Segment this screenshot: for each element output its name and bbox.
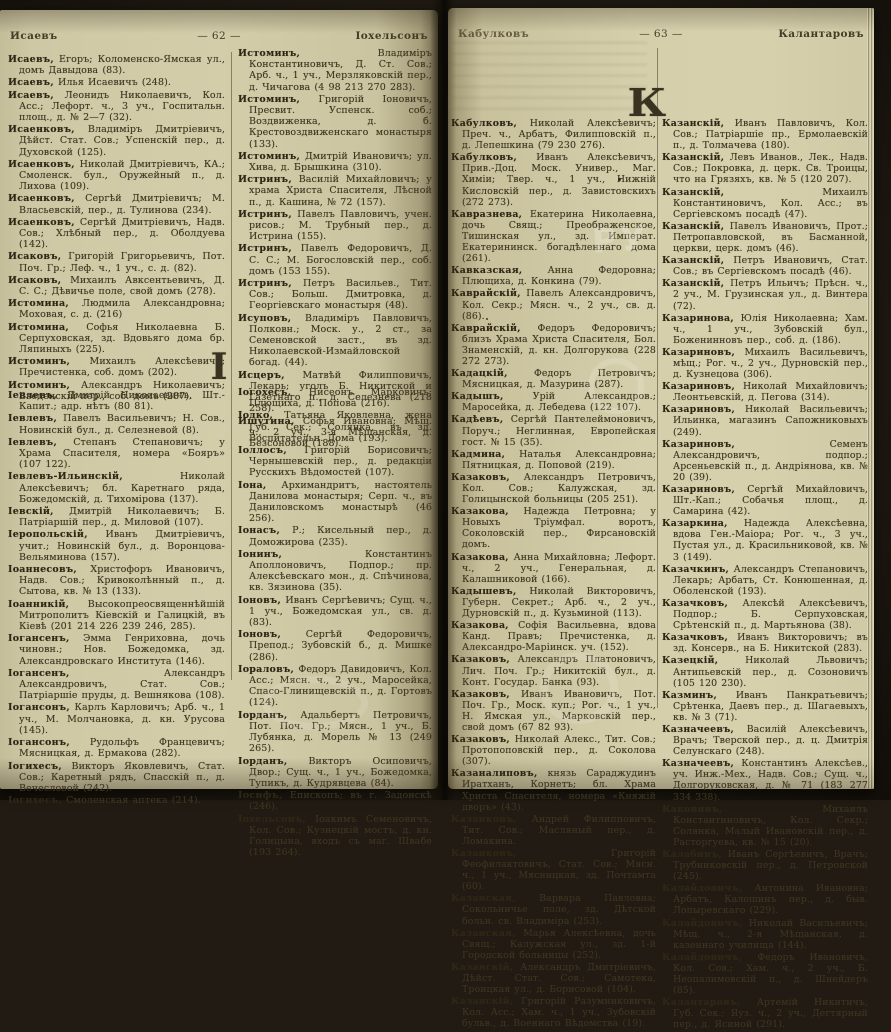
directory-entry: Казецкій, Николай Львовичъ; Антипьевскій…	[662, 655, 868, 688]
entry-surname: Іеропольскій,	[8, 529, 88, 540]
entry-surname: Іонасъ,	[238, 525, 280, 536]
entry-surname: Іогохесъ,	[238, 387, 291, 398]
entry-surname: Кабулковъ,	[451, 152, 517, 163]
entry-surname: Истринъ,	[238, 209, 292, 220]
entry-surname: Казанскій,	[662, 278, 724, 289]
directory-entry: Истринъ, Петръ Васильев., Тит. Сов.; Бол…	[238, 278, 432, 312]
entry-surname: Іогихесъ,	[8, 795, 62, 800]
directory-entry: Казаковъ, Александръ Петровичъ, Кол. Сов…	[451, 472, 656, 505]
directory-entry: Іонасъ, Р.; Кисельный пер., д. Доможиров…	[238, 525, 432, 547]
directory-entry: Истоминъ, Григорій Іоновичъ, Пресвит. Ус…	[238, 94, 432, 150]
entry-surname: Іевлевъ,	[8, 413, 57, 424]
directory-entry: Исаевъ, Леонидъ Николаевичъ, Кол. Асс.; …	[8, 90, 225, 124]
entry-surname: Исаевъ,	[8, 77, 54, 88]
left-page-running-head: Исаевъ — 62 — Іохельсонъ	[10, 30, 428, 44]
entry-surname: Исаковъ,	[8, 251, 61, 262]
entry-surname: Іоновъ,	[238, 629, 281, 640]
entry-surname: Казакова,	[451, 506, 509, 517]
entry-surname: Кадацкій,	[451, 368, 508, 379]
directory-entry: Каврайскій, Федоръ Федоровичъ; близъ Хра…	[451, 323, 656, 367]
directory-entry: Казариновъ, Николай Михайловичъ; Леонтье…	[662, 381, 868, 403]
directory-entry: Казанскій, Иванъ Павловичъ, Кол. Сов.; П…	[662, 118, 868, 151]
paper-speck	[486, 318, 488, 320]
entry-surname: Казанскій,	[662, 221, 724, 232]
directory-entry: Іосифъ, Епископъ; въ г. Задонскѣ (246).	[238, 790, 432, 800]
left-page: Исаевъ — 62 — Іохельсонъ Исаевъ, Егоръ; …	[0, 10, 438, 789]
entry-surname: Іоллосъ,	[238, 445, 287, 456]
entry-surname: Іогансенъ,	[8, 668, 70, 679]
directory-entry: Исаенковъ, Владиміръ Дмитріевичъ, Дѣйст.…	[8, 124, 225, 158]
entry-surname: Исаевъ,	[8, 90, 54, 101]
entry-surname: Истоминъ,	[238, 48, 300, 59]
directory-entry: Исаенковъ, Николай Дмитріевичъ, КА.; Смо…	[8, 159, 225, 193]
entry-surname: Кадѣевъ,	[451, 414, 503, 425]
entry-surname: Кавразнева,	[451, 209, 522, 220]
entry-surname: Истринъ,	[238, 243, 292, 254]
entry-details: Татьяна Яковлевна, жена Губ. Сек.; Солян…	[249, 410, 432, 443]
running-head-last-entry: Калантаровъ	[778, 28, 864, 40]
entry-surname: Казаковъ,	[451, 654, 510, 665]
directory-entry: Іогансонъ, Рудольфъ Францевичъ; Мясницка…	[8, 737, 225, 759]
directory-entry: Іогансенъ, Эмма Генриховна, дочь чиновн.…	[8, 633, 225, 667]
directory-entry: Казанскій, Павелъ Ивановичъ, Прот.; Петр…	[662, 221, 868, 254]
entry-surname: Исаевъ,	[8, 54, 54, 65]
directory-entry: Іевлевъ, Павелъ Васильевичъ; Н. Сов., Но…	[8, 413, 225, 435]
directory-entry: Казаналиповъ, князь Сараджудинъ Иратханъ…	[451, 768, 656, 800]
entry-surname: Казанскій,	[662, 187, 724, 198]
entry-surname: Іосифъ,	[238, 790, 283, 800]
entry-surname: Истомина,	[8, 322, 69, 333]
entry-surname: Іорданъ,	[238, 756, 287, 767]
directory-entry: Казначеевъ, Константинъ Алексѣев., уч. И…	[662, 758, 868, 800]
left-page-col1-section-io: Іевлевъ, Дмитрій Николаевичъ, Шт.-Капит.…	[8, 390, 225, 800]
entry-surname: Казариновъ,	[662, 484, 735, 495]
entry-surname: Казанскій,	[662, 118, 724, 129]
right-page: Кабулковъ — 63 — Калантаровъ К Кабулковъ…	[448, 8, 874, 789]
entry-surname: Іоновъ,	[238, 595, 281, 606]
entry-surname: Казариновъ,	[662, 404, 735, 415]
entry-surname: Іевлевъ,	[8, 437, 57, 448]
directory-entry: Истоминъ, Владиміръ Константиновичъ, Д. …	[238, 48, 432, 93]
directory-entry: Исаковъ, Григорій Григорьевичъ, Пот. Поч…	[8, 251, 225, 273]
entry-surname: Исаенковъ,	[8, 217, 75, 228]
entry-surname: Казачковъ,	[662, 598, 728, 609]
directory-entry: Іодко, Татьяна Яковлевна, жена Губ. Сек.…	[238, 410, 432, 444]
entry-surname: Казаринова,	[662, 313, 734, 324]
directory-entry: Казаркина, Надежда Алексѣевна, вдова Ген…	[662, 518, 868, 562]
entry-surname: Кадышъ,	[451, 391, 504, 402]
paper-speck	[618, 178, 621, 181]
directory-entry: Казариновъ, Сергѣй Михайловичъ, Шт.-Кап.…	[662, 484, 868, 517]
directory-entry: Исаковъ, Михаилъ Авксентьевичъ, Д. С. С.…	[8, 275, 225, 297]
entry-surname: Истоминъ,	[238, 94, 300, 105]
directory-entry: Казариновъ, Михаилъ Васильевичъ, мѣщ.; Р…	[662, 347, 868, 380]
directory-entry: Казаринова, Юлія Николаевна; Хам. ч., 1 …	[662, 313, 868, 346]
directory-entry: Истомина, Людмила Александровна; Моховая…	[8, 298, 225, 320]
book-photo: Исаевъ — 62 — Іохельсонъ Исаевъ, Егоръ; …	[0, 0, 891, 800]
directory-entry: Іоллосъ, Григорій Борисовичъ; Чернышевск…	[238, 445, 432, 479]
column-rule	[657, 48, 658, 708]
directory-entry: Казакова, Надежда Петровна; у Новыхъ Трі…	[451, 506, 656, 550]
entry-surname: Іодко,	[238, 410, 273, 421]
entry-surname: Казаналиповъ,	[451, 768, 538, 779]
entry-surname: Казариновъ,	[662, 381, 735, 392]
directory-entry: Іона, Архимандритъ, настоятель Данилова …	[238, 480, 432, 525]
directory-entry: Казанскій, Петръ Ивановичъ, Стат. Сов.; …	[662, 255, 868, 277]
entry-details: Смоленская аптека (214).	[66, 795, 201, 800]
right-page-col1-section-k: Кабулковъ, Николай Алексѣевичъ; Преч. ч.…	[451, 118, 656, 800]
entry-surname: Казачкинъ,	[662, 564, 729, 575]
entry-surname: Истомина,	[8, 298, 69, 309]
entry-surname: Кавказская,	[451, 265, 522, 276]
running-head-last-entry: Іохельсонъ	[355, 30, 428, 42]
entry-surname: Казакова,	[451, 552, 509, 563]
directory-entry: Истоминъ, Дмитрій Ивановичъ; ул. Хива, д…	[238, 151, 432, 173]
entry-surname: Казаковъ,	[451, 734, 510, 745]
directory-entry: Іогихесъ, Викторъ Яковлевичъ, Стат. Сов.…	[8, 761, 225, 795]
entry-surname: Іогихесъ,	[8, 761, 62, 772]
entry-surname: Іогансонъ,	[8, 702, 70, 713]
entry-surname: Іевлевъ-Ильинскій,	[8, 471, 123, 482]
entry-surname: Іона,	[238, 480, 266, 491]
directory-entry: Кадацкій, Федоръ Петровичъ; Мясницкая, д…	[451, 368, 656, 390]
directory-entry: Іевлевъ, Дмитрій Николаевичъ, Шт.-Капит.…	[8, 390, 225, 412]
entry-surname: Казакова,	[451, 620, 509, 631]
directory-entry: Казаковъ, Николай Алекс., Тит. Сов.; Про…	[451, 734, 656, 767]
entry-surname: Іоаннесовъ,	[8, 564, 77, 575]
entry-surname: Казариновъ,	[662, 439, 735, 450]
directory-entry: Іорданъ, Адальбертъ Петровичъ, Пот. Поч.…	[238, 710, 432, 755]
entry-surname: Казначеевъ,	[662, 724, 734, 735]
directory-entry: Іевскій, Дмитрій Николаевичъ; Б. Патріар…	[8, 506, 225, 528]
entry-surname: Кадмина,	[451, 449, 505, 460]
directory-entry: Казакова, Софія Васильевна, вдова Канд. …	[451, 620, 656, 653]
directory-entry: Іогансенъ, Александръ Александровичъ, Ст…	[8, 668, 225, 702]
directory-entry: Іонинъ, Константинъ Аполлоновичъ, Подпор…	[238, 549, 432, 594]
directory-entry: Казанскій, Михаилъ Константиновичъ, Кол.…	[662, 187, 868, 220]
directory-entry: Кавразнева, Екатерина Николаевна, дочь С…	[451, 209, 656, 264]
entry-surname: Каврайскій,	[451, 288, 521, 299]
entry-surname: Іораловъ,	[238, 664, 294, 675]
entry-surname: Іогансонъ,	[8, 737, 70, 748]
entry-surname: Исаковъ,	[8, 275, 61, 286]
directory-entry: Іогохесъ, Нисеонъ Марковичъ; Плющиха, д.…	[238, 387, 432, 409]
entry-surname: Казанскій,	[662, 255, 724, 266]
entry-surname: Казанскій,	[662, 152, 724, 163]
directory-entry: Казариновъ, Семенъ Александровичъ, подпо…	[662, 439, 868, 483]
right-page-col2-section-k: Казанскій, Иванъ Павловичъ, Кол. Сов.; П…	[662, 118, 868, 800]
directory-entry: Іевлевъ-Ильинскій, Николай Алексѣевичъ; …	[8, 471, 225, 505]
entry-surname: Іоанникій,	[8, 599, 69, 610]
directory-entry: Исаенковъ, Сергѣй Дмитріевичъ, Надв. Сов…	[8, 217, 225, 251]
entry-surname: Казецкій,	[662, 655, 718, 666]
entry-surname: Исаенковъ,	[8, 159, 75, 170]
directory-entry: Истринъ, Павелъ Федоровичъ, Д. С. С.; М.…	[238, 243, 432, 277]
directory-entry: Казанскій, Петръ Ильичъ; Прѣсн. ч., 2 уч…	[662, 278, 868, 311]
entry-surname: Казаковъ,	[451, 472, 510, 483]
directory-entry: Іорданъ, Викторъ Осиповичъ, Двор.; Сущ. …	[238, 756, 432, 790]
right-page-running-head: Кабулковъ — 63 — Калантаровъ	[458, 28, 864, 42]
entry-surname: Казначеевъ,	[662, 758, 734, 769]
section-divider-letter-i: І	[0, 346, 438, 388]
directory-entry: Іоаннесовъ, Христофоръ Ивановичъ, Надв. …	[8, 564, 225, 598]
entry-surname: Каврайскій,	[451, 323, 521, 334]
directory-entry: Казачкинъ, Александръ Степановичъ, Лекар…	[662, 564, 868, 597]
entry-surname: Казачковъ,	[662, 632, 728, 643]
entry-surname: Истоминъ,	[238, 151, 300, 162]
entry-surname: Кабулковъ,	[451, 118, 517, 129]
directory-entry: Іогихесъ, Смоленская аптека (214).	[8, 795, 225, 800]
directory-entry: Казаковъ, Иванъ Ивановичъ, Пот. Поч. Гр.…	[451, 689, 656, 733]
directory-entry: Казанскій, Левъ Иванов., Лек., Надв. Сов…	[662, 152, 868, 185]
directory-entry: Іогансонъ, Карлъ Карловичъ; Арб. ч., 1 у…	[8, 702, 225, 736]
directory-entry: Іеропольскій, Иванъ Дмитріевичъ, учит.; …	[8, 529, 225, 563]
directory-entry: Кабулковъ, Николай Алексѣевичъ; Преч. ч.…	[451, 118, 656, 151]
entry-surname: Кадышевъ,	[451, 586, 517, 597]
directory-entry: Іоновъ, Иванъ Сергѣевичъ; Сущ. ч., 1 уч.…	[238, 595, 432, 629]
entry-surname: Исаенковъ,	[8, 124, 75, 135]
directory-entry: Истринъ, Павелъ Павловичъ, учен. рисов.;…	[238, 209, 432, 243]
directory-entry: Казачковъ, Иванъ Викторовичъ; въ зд. Кон…	[662, 632, 868, 654]
directory-entry: Казминъ, Иванъ Панкратьевичъ; Срѣтенка, …	[662, 690, 868, 723]
directory-entry: Кабулковъ, Иванъ Алексѣевичъ, Прив.-Доц.…	[451, 152, 656, 207]
entry-surname: Казминъ,	[662, 690, 717, 701]
entry-surname: Іогансенъ,	[8, 633, 70, 644]
entry-surname: Іонинъ,	[238, 549, 282, 560]
directory-entry: Іоновъ, Сергѣй Федоровичъ, Препод.; Зубо…	[238, 629, 432, 663]
entry-surname: Истринъ,	[238, 278, 292, 289]
entry-surname: Казариновъ,	[662, 347, 735, 358]
directory-entry: Каврайскій, Павелъ Александровичъ, Кол. …	[451, 288, 656, 321]
entry-surname: Казаковъ,	[451, 689, 510, 700]
directory-entry: Кадѣевъ, Сергѣй Пантелеймоновичъ, Поруч.…	[451, 414, 656, 447]
directory-entry: Казаковъ, Александръ Платоновичъ, Лич. П…	[451, 654, 656, 687]
directory-entry: Казначеевъ, Василій Алексѣевичъ, Врачъ; …	[662, 724, 868, 757]
directory-entry: Кадмина, Наталья Александровна; Пятницка…	[451, 449, 656, 471]
directory-entry: Кавказская, Анна Федоровна; Плющиха, д. …	[451, 265, 656, 287]
directory-entry: Казачковъ, Алексѣй Алексѣевичъ, Подпор.;…	[662, 598, 868, 631]
directory-entry: Исаевъ, Илья Исаевичъ (248).	[8, 77, 225, 88]
directory-entry: Истринъ, Василій Михайловичъ; у храма Хр…	[238, 174, 432, 208]
left-page-col2-section-io: Іогохесъ, Нисеонъ Марковичъ; Плющиха, д.…	[238, 387, 432, 800]
directory-entry: Кадышъ, Урій Александров.; Маросейка, д.…	[451, 391, 656, 413]
directory-entry: Кадышевъ, Николай Викторовичъ, Губерн. С…	[451, 586, 656, 619]
directory-entry: Іевлевъ, Степанъ Степановичъ; у Храма Сп…	[8, 437, 225, 471]
entry-surname: Истринъ,	[238, 174, 292, 185]
directory-entry: Казакова, Анна Михайловна; Лефорт. ч., 2…	[451, 552, 656, 585]
entry-surname: Исуповъ,	[238, 313, 291, 324]
entry-surname: Исаенковъ,	[8, 193, 75, 204]
entry-surname: Казаркина,	[662, 518, 728, 529]
entry-details: Илья Исаевичъ (248).	[58, 77, 171, 88]
entry-surname: Іорданъ,	[238, 710, 287, 721]
directory-entry: Казариновъ, Николай Васильевичъ; Ильинка…	[662, 404, 868, 437]
directory-entry: Іоанникій, Высокопреосвященнѣйшій Митроп…	[8, 599, 225, 633]
entry-details: Архимандритъ, настоятель Данилова монаст…	[249, 480, 432, 525]
entry-surname: Іевскій,	[8, 506, 54, 517]
directory-entry: Исаенковъ, Сергѣй Дмитріевичъ; М. Власье…	[8, 193, 225, 215]
directory-entry: Исаевъ, Егоръ; Коломенско-Ямская ул., до…	[8, 54, 225, 76]
entry-surname: Іевлевъ,	[8, 390, 57, 401]
directory-entry: Іораловъ, Федоръ Давидовичъ, Кол. Асс.; …	[238, 664, 432, 709]
